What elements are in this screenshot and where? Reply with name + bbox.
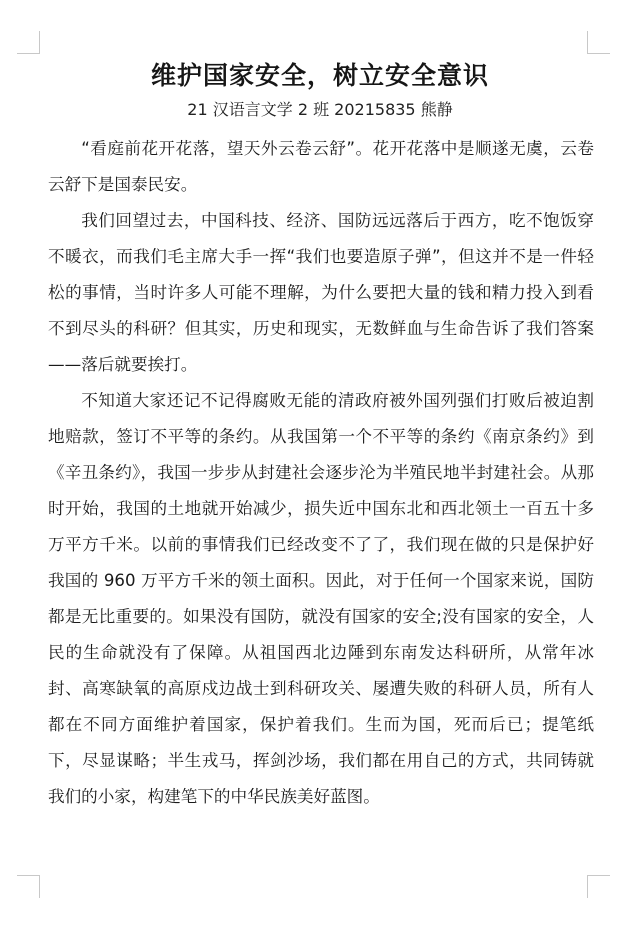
page-corner-mark-bottom-left [17, 875, 40, 898]
page-corner-mark-top-left [17, 31, 40, 54]
document-body: “看庭前花开花落，望天外云卷云舒”。花开花落中是顺遂无虞，云卷云舒下是国泰民安。… [48, 131, 594, 815]
paragraph: 我们回望过去，中国科技、经济、国防远远落后于西方，吃不饱饭穿不暖衣，而我们毛主席… [48, 203, 594, 383]
paragraph: 不知道大家还记不记得腐败无能的清政府被外国列强们打败后被迫割地赔款，签订不平等的… [48, 383, 594, 815]
document-title: 维护国家安全，树立安全意识 [0, 56, 640, 92]
author-line: 21 汉语言文学 2 班 20215835 熊静 [0, 97, 640, 120]
paragraph: “看庭前花开花落，望天外云卷云舒”。花开花落中是顺遂无虞，云卷云舒下是国泰民安。 [48, 131, 594, 203]
page-corner-mark-top-right [587, 31, 610, 54]
page-corner-mark-bottom-right [587, 875, 610, 898]
